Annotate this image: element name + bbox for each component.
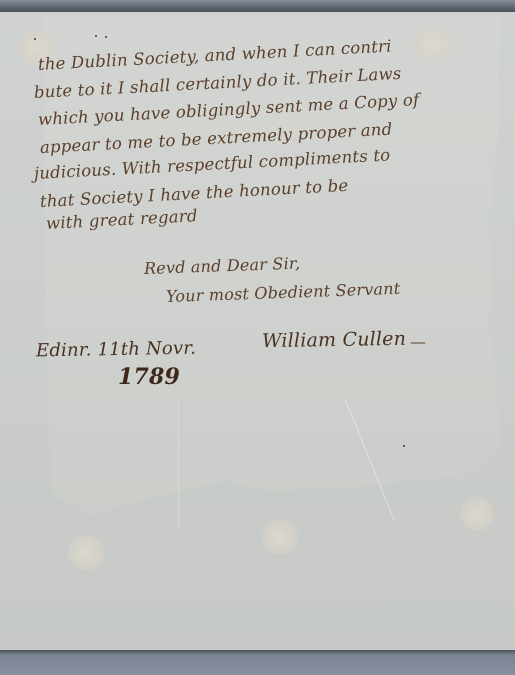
frame-top-edge (0, 0, 515, 12)
ink-speck (95, 35, 97, 37)
adhesive-spot (414, 26, 452, 64)
adhesive-spot (262, 519, 298, 555)
document-scan: the Dublin Society, and when I can contr… (0, 0, 515, 675)
dateline-year: 1789 (118, 364, 180, 390)
signature-dash: — (410, 332, 426, 351)
ink-speck (34, 38, 36, 40)
adhesive-spot (68, 535, 104, 571)
signature: William Cullen (262, 328, 406, 353)
ink-speck (403, 445, 405, 447)
ink-speck (105, 36, 107, 38)
paper-crease (178, 400, 179, 530)
frame-bottom-edge (0, 650, 515, 675)
dateline-place-date: Edinr. 11th Novr. (36, 338, 196, 362)
adhesive-spot (460, 497, 494, 531)
